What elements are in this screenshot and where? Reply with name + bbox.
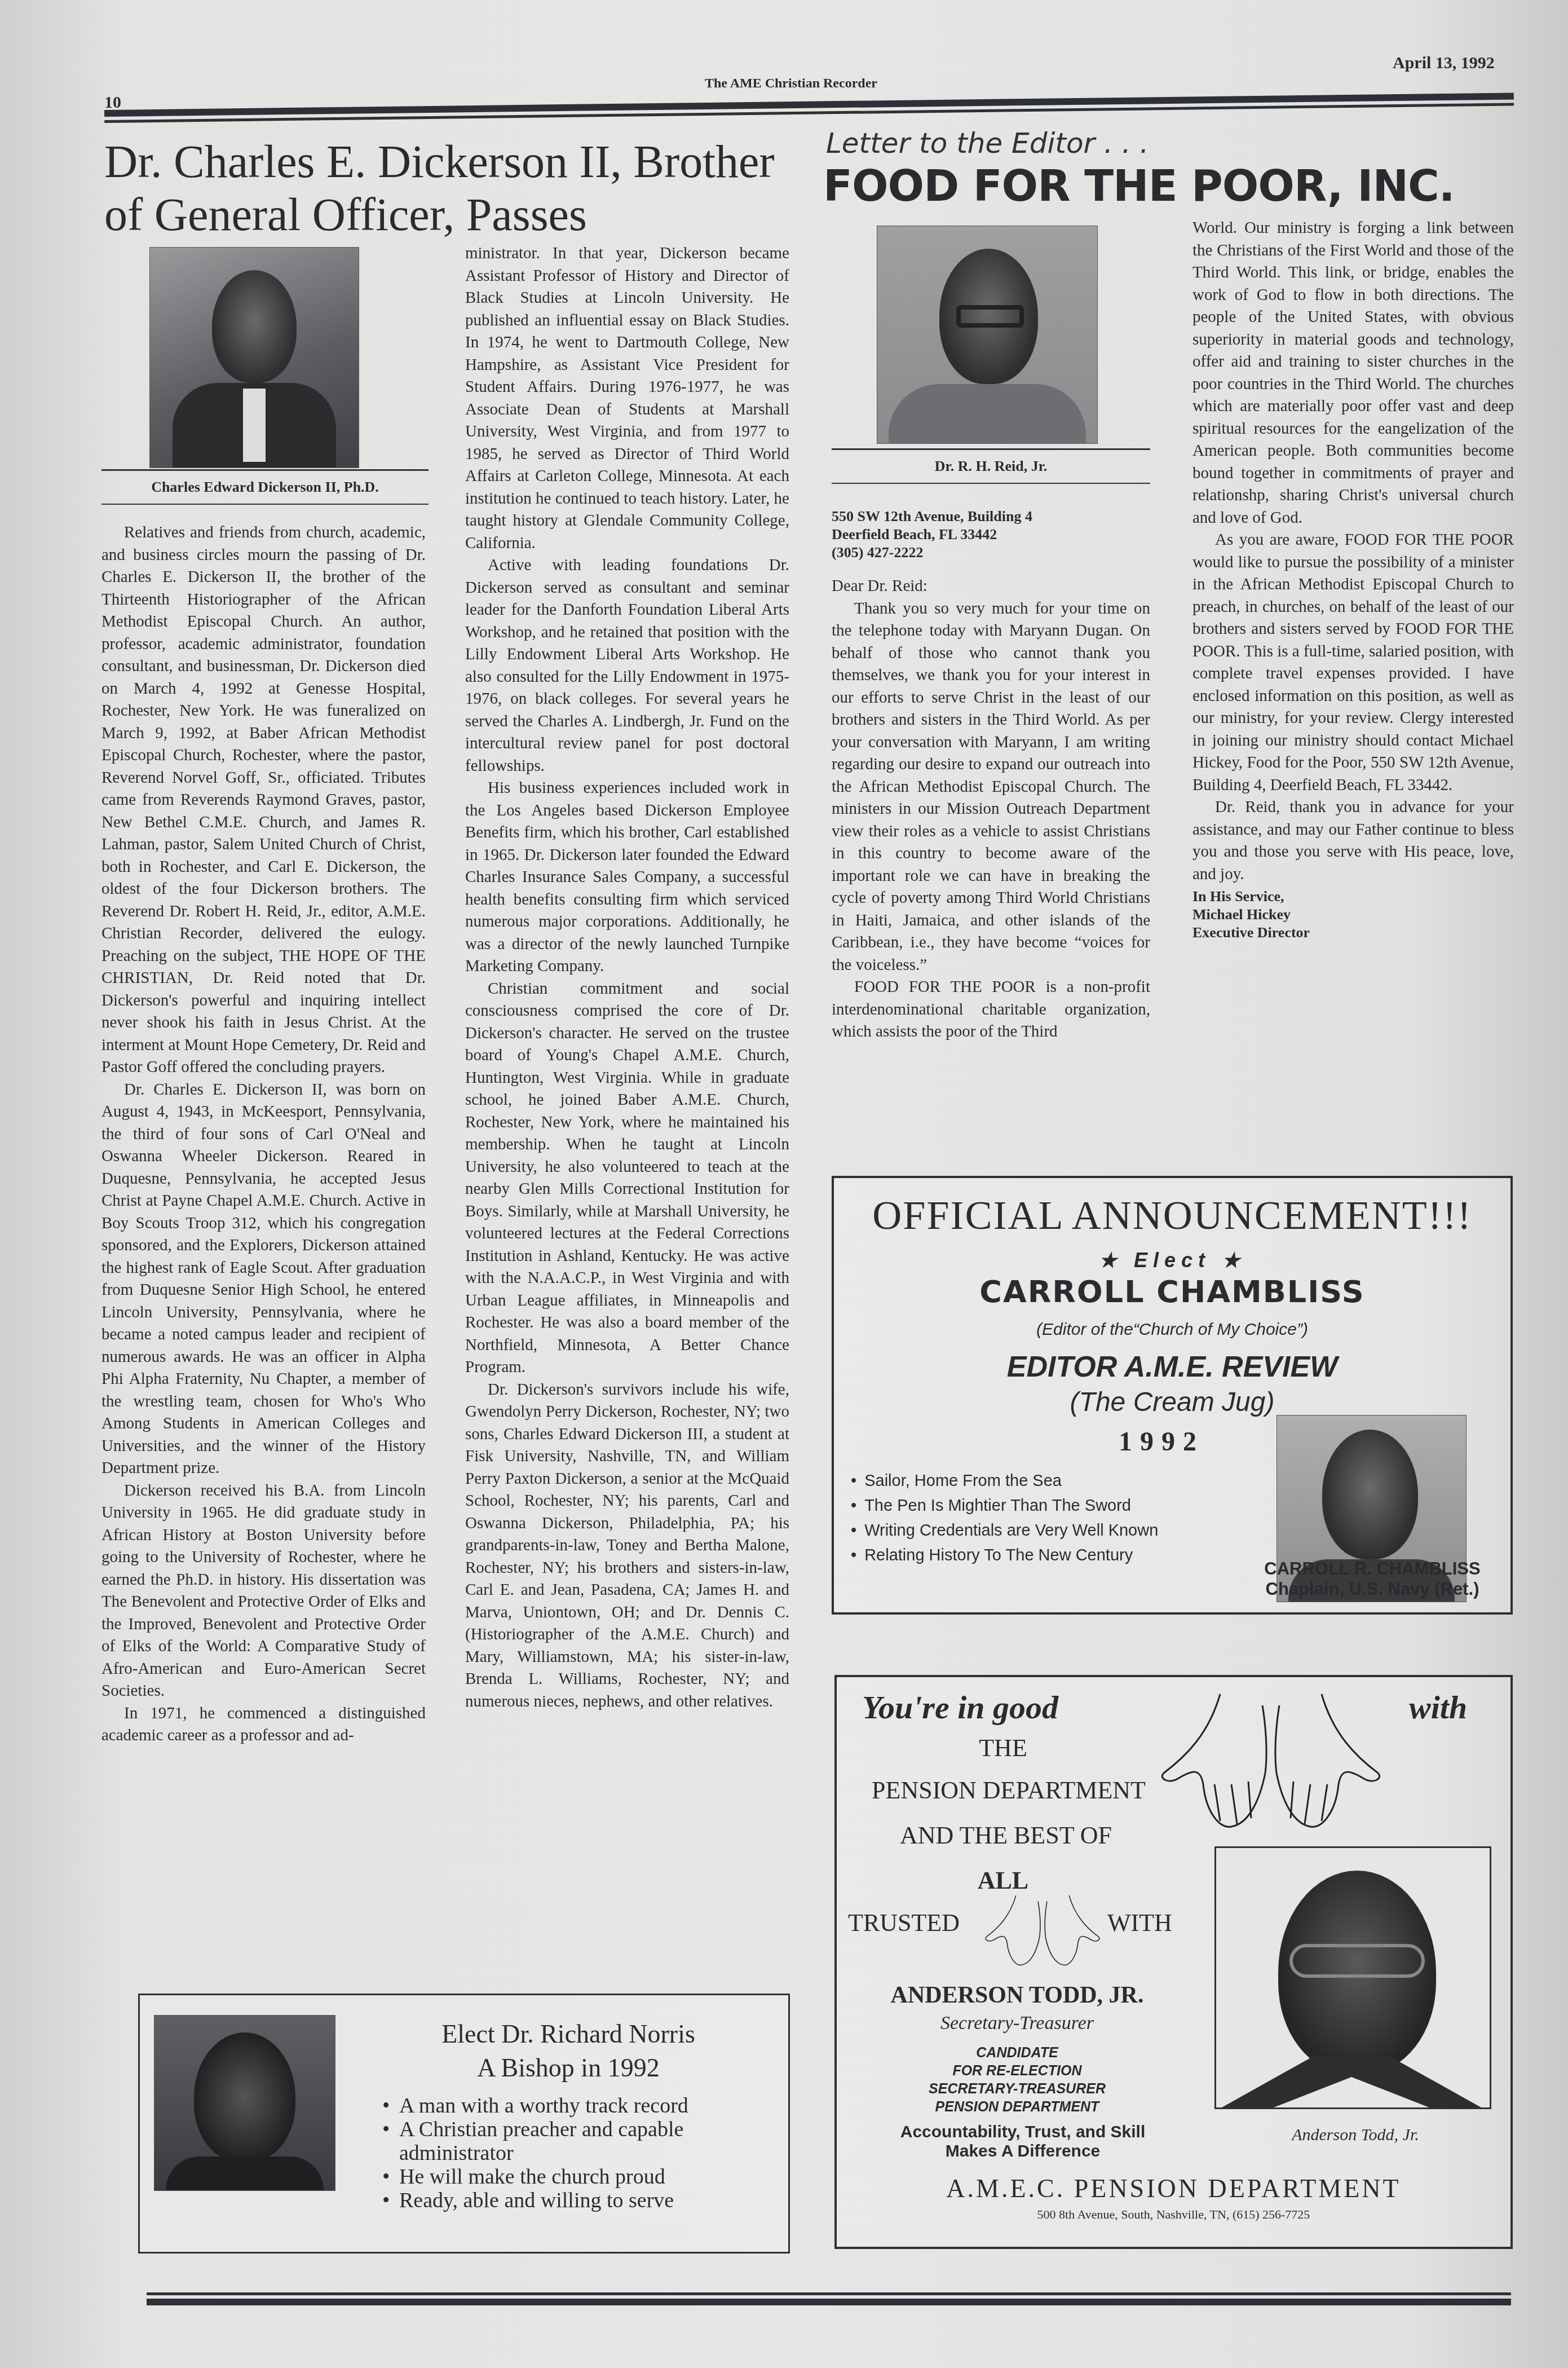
norris-election-ad: Elect Dr. Richard Norris A Bishop in 199… (138, 1994, 790, 2254)
small-open-hands-icon (980, 1889, 1105, 1973)
letter-title: FOOD FOR THE POOR, INC. (823, 161, 1455, 211)
paragraph: World. Our ministry is forging a link be… (1192, 217, 1514, 529)
slogan-line: Accountability, Trust, and Skill (848, 2123, 1198, 2142)
todd-photo (1214, 1846, 1491, 2109)
chambliss-announcement-ad: OFFICIAL ANNOUNCEMENT!!! ★ Elect ★ CARRO… (832, 1176, 1513, 1615)
obituary-column-1: Relatives and friends from church, acade… (101, 522, 426, 1747)
dickerson-photo-caption: Charles Edward Dickerson II, Ph.D. (101, 469, 429, 505)
candidacy-line: FOR RE-ELECTION (848, 2062, 1186, 2080)
paragraph: Dr. Dickerson's survivors include his wi… (465, 1379, 789, 1713)
bullet-item: Sailor, Home From the Sea (851, 1469, 1217, 1493)
footer-department: A.M.E.C. PENSION DEPARTMENT (837, 2173, 1510, 2203)
norris-photo (154, 2015, 335, 2191)
signer-title: Executive Director (1192, 924, 1514, 942)
election-year: 1992 (1119, 1426, 1204, 1457)
bullet-item: Writing Credentials are Very Well Known (851, 1518, 1217, 1543)
bullet-item: A Christian preacher and capable adminis… (382, 2118, 777, 2165)
paragraph: FOOD FOR THE POOR is a non-profit interd… (832, 976, 1150, 1043)
pension-department-ad: You're in good with THE PENSION DEPARTME… (834, 1675, 1513, 2249)
bullet-item: A man with a worthy track record (382, 2094, 777, 2118)
reid-photo-caption: Dr. R. H. Reid, Jr. (832, 448, 1150, 484)
paragraph: In 1971, he commenced a distinguished ac… (101, 1703, 426, 1747)
ad-tagline-right: with (1409, 1688, 1467, 1726)
letter-signature: In His Service, Michael Hickey Executive… (1192, 888, 1514, 942)
letter-column-2: World. Our ministry is forging a link be… (1192, 217, 1514, 942)
caption-title: Chaplain, U.S. Navy (Ret.) (1240, 1579, 1505, 1599)
obituary-column-2: ministrator. In that year, Dickerson bec… (465, 242, 789, 1713)
role-subtitle: (The Cream Jug) (834, 1387, 1510, 1418)
candidate-role: EDITOR A.M.E. REVIEW (834, 1350, 1510, 1384)
announcement-title: OFFICIAL ANNOUNCEMENT!!! (834, 1192, 1510, 1239)
paragraph: Relatives and friends from church, acade… (101, 522, 426, 1079)
announcement-bullets: Sailor, Home From the Sea The Pen Is Mig… (851, 1469, 1217, 1568)
candidate-name: ANDERSON TODD, JR. (848, 1982, 1186, 2009)
paragraph: As you are aware, FOOD FOR THE POOR woul… (1192, 529, 1514, 796)
paragraph: Dickerson received his B.A. from Lincoln… (101, 1480, 426, 1703)
paragraph: Active with leading foundations Dr. Dick… (465, 554, 789, 777)
paragraph: Thank you so very much for your time on … (832, 598, 1150, 977)
bullet-item: Ready, able and willing to serve (382, 2189, 777, 2212)
candidacy-line: SECRETARY-TREASURER (848, 2080, 1186, 2098)
open-hands-icon (1152, 1688, 1389, 1835)
slogan: Accountability, Trust, and Skill Makes A… (848, 2123, 1198, 2161)
letter-column-1: Dear Dr. Reid: Thank you so very much fo… (832, 575, 1150, 1043)
address-line: Deerfield Beach, FL 33442 (832, 526, 1147, 544)
slogan-line: Makes A Difference (848, 2142, 1198, 2161)
publication-name: The AME Christian Recorder (705, 76, 877, 91)
paragraph: Dr. Reid, thank you in advance for your … (1192, 796, 1514, 885)
bullet-item: Relating History To The New Century (851, 1543, 1217, 1568)
address-line: 550 SW 12th Avenue, Building 4 (832, 508, 1147, 526)
footer-rule (147, 2292, 1511, 2305)
obituary-headline: Dr. Charles E. Dickerson II, Brother of … (104, 135, 798, 241)
footer-address: 500 8th Avenue, South, Nashville, TN, (6… (837, 2207, 1510, 2222)
letter-kicker: Letter to the Editor . . . (826, 127, 1149, 160)
elect-label: ★ Elect ★ (834, 1249, 1510, 1272)
bullet-item: The Pen Is Mightier Than The Sword (851, 1493, 1217, 1518)
signer-name: Michael Hickey (1192, 906, 1514, 924)
bullet-item: He will make the church proud (382, 2165, 777, 2189)
candidate-role: Secretary-Treasurer (848, 2013, 1186, 2034)
paragraph: Christian commitment and social consciou… (465, 978, 789, 1379)
salutation: Dear Dr. Reid: (832, 575, 1150, 598)
header-rule (104, 92, 1514, 123)
norris-bullets: A man with a worthy track record A Chris… (382, 2094, 777, 2212)
candidate-subtitle: (Editor of the“Church of My Choice”) (834, 1320, 1510, 1339)
reid-photo (877, 226, 1098, 444)
norris-title-line-1: Elect Dr. Richard Norris (360, 2018, 777, 2050)
candidacy-line: CANDIDATE (848, 2044, 1186, 2062)
todd-photo-caption: Anderson Todd, Jr. (1243, 2126, 1468, 2145)
candidate-name: CARROLL CHAMBLISS (834, 1274, 1510, 1309)
paragraph: ministrator. In that year, Dickerson bec… (465, 242, 789, 554)
dickerson-photo (149, 247, 359, 468)
ad-line-with: WITH (1107, 1908, 1172, 1937)
closing: In His Service, (1192, 888, 1514, 906)
letter-address: 550 SW 12th Avenue, Building 4 Deerfield… (832, 508, 1147, 562)
ad-tagline-left: You're in good (862, 1688, 1058, 1726)
ad-line-department: PENSION DEPARTMENT (851, 1776, 1167, 1805)
newspaper-page: April 13, 1992 The AME Christian Recorde… (0, 0, 1568, 2368)
ad-line-the: THE (966, 1734, 1040, 1762)
paragraph: Dr. Charles E. Dickerson II, was born on… (101, 1079, 426, 1480)
candidacy-line: PENSION DEPARTMENT (848, 2098, 1186, 2116)
ad-line-best: AND THE BEST OF (865, 1821, 1147, 1850)
phone-number: (305) 427-2222 (832, 544, 1147, 562)
issue-date: April 13, 1992 (1393, 54, 1495, 73)
caption-name: CARROLL R. CHAMBLISS (1240, 1559, 1505, 1579)
norris-title-line-2: A Bishop in 1992 (360, 2052, 777, 2084)
paragraph: His business experiences included work i… (465, 777, 789, 978)
ad-line-trusted: TRUSTED (848, 1908, 960, 1937)
chambliss-photo-caption: CARROLL R. CHAMBLISS Chaplain, U.S. Navy… (1240, 1559, 1505, 1599)
candidacy-text: CANDIDATE FOR RE-ELECTION SECRETARY-TREA… (848, 2044, 1186, 2116)
